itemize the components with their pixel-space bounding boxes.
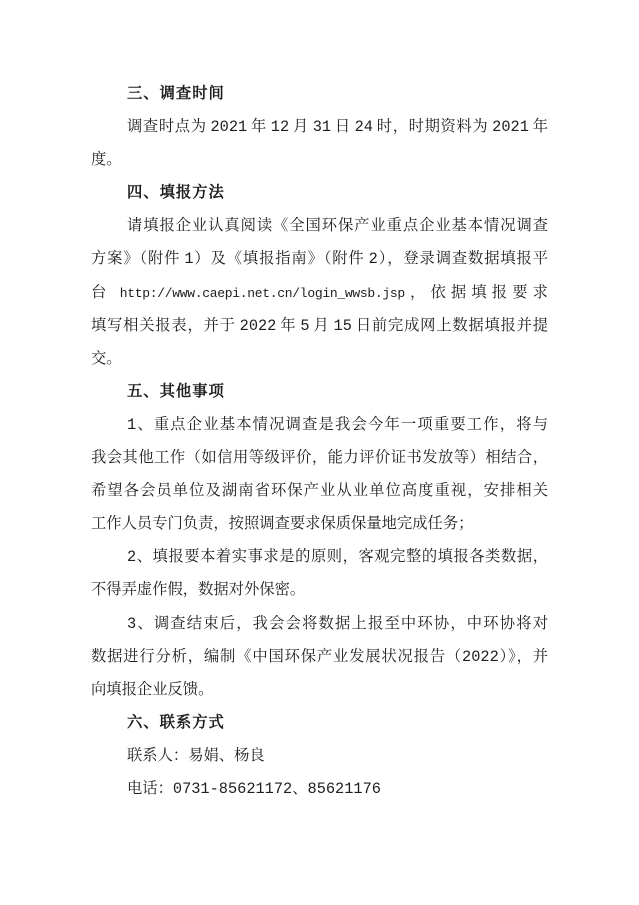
section-heading: 五、其他事项 — [91, 376, 548, 409]
section-heading: 六、联系方式 — [91, 707, 548, 740]
section-heading: 三、调查时间 — [91, 78, 548, 111]
document-line: 向填报企业反馈。 — [91, 674, 548, 707]
document-line: 请填报企业认真阅读《全国环保产业重点企业基本情况调查 — [91, 210, 548, 243]
document-line: 希望各会员单位及湖南省环保产业从业单位高度重视，安排相关 — [91, 475, 548, 508]
document-line: 工作人员专门负责，按照调查要求保质保量地完成任务； — [91, 508, 548, 541]
document-line: 不得弄虚作假，数据对外保密。 — [91, 574, 548, 607]
document-line: 联系人：易娟、杨良 — [91, 740, 548, 773]
section-heading: 四、填报方法 — [91, 177, 548, 210]
document-line: 方案》（附件 1）及《填报指南》（附件 2），登录调查数据填报平 — [91, 243, 548, 276]
document-line: 台 http://www.caepi.net.cn/login_wwsb.jsp… — [91, 277, 548, 310]
text-run: ，依据填报要求 — [405, 284, 548, 302]
document-line: 3、调查结束后，我会会将数据上报至中环协，中环协将对 — [91, 608, 548, 641]
document-line: 1、重点企业基本情况调查是我会今年一项重要工作，将与 — [91, 409, 548, 442]
document-page: 三、调查时间调查时点为 2021 年 12 月 31 日 24 时，时期资料为 … — [0, 0, 639, 905]
document-line: 调查时点为 2021 年 12 月 31 日 24 时，时期资料为 2021 年 — [91, 111, 548, 144]
document-line: 电话：0731-85621172、85621176 — [91, 773, 548, 806]
document-line: 数据进行分析，编制《中国环保产业发展状况报告（2022）》，并 — [91, 641, 548, 674]
survey-platform-url: http://www.caepi.net.cn/login_wwsb.jsp — [120, 286, 405, 301]
text-run: 台 — [91, 284, 120, 302]
document-line: 度。 — [91, 144, 548, 177]
document-body: 三、调查时间调查时点为 2021 年 12 月 31 日 24 时，时期资料为 … — [91, 78, 548, 806]
document-line: 交。 — [91, 343, 548, 376]
document-line: 填写相关报表，并于 2022 年 5 月 15 日前完成网上数据填报并提 — [91, 310, 548, 343]
document-line: 我会其他工作（如信用等级评价，能力评价证书发放等）相结合， — [91, 442, 548, 475]
document-line: 2、填报要本着实事求是的原则，客观完整的填报各类数据， — [91, 541, 548, 574]
